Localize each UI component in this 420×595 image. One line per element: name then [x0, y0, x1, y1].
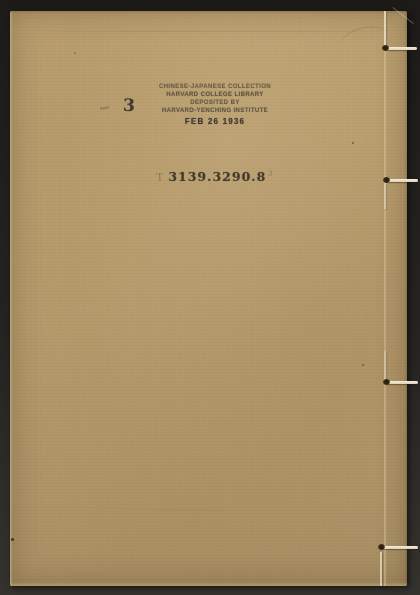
page-edge-left	[10, 11, 13, 586]
stamp-line-institute: HARVARD-YENCHING INSTITUTE	[152, 107, 278, 115]
pencil-dash-mark	[100, 106, 109, 109]
stitch-thread-4	[383, 546, 418, 549]
crease-corner-fold	[392, 7, 413, 24]
crease-line-top	[30, 31, 390, 32]
stamp-line-library: HARVARD COLLEGE LIBRARY	[152, 91, 278, 99]
paper-speck	[74, 52, 76, 54]
pencil-prefix-mark: T	[156, 170, 164, 185]
scanned-book-photo: 3 CHINESE-JAPANESE COLLECTION HARVARD CO…	[0, 0, 420, 595]
page-edge-bottom	[10, 582, 407, 586]
binding-thread-segment-mid-upper	[384, 183, 386, 209]
stitch-thread-3	[388, 381, 418, 384]
paper-speck	[11, 538, 14, 541]
stitch-thread-2	[388, 179, 418, 182]
stamp-line-deposited: DEPOSITED BY	[152, 99, 278, 107]
paper-speck	[362, 364, 364, 366]
binding-thread-line	[384, 11, 386, 586]
paper-speck	[352, 142, 354, 144]
crease-line-bottom	[60, 507, 280, 512]
library-accession-stamp: CHINESE-JAPANESE COLLECTION HARVARD COLL…	[152, 83, 278, 126]
binding-thread-segment-mid-lower	[384, 351, 386, 382]
call-number-row: T 3139.3290.8 3	[156, 169, 273, 185]
stitch-thread-1	[387, 47, 417, 50]
stitch-hole-4	[378, 544, 385, 550]
pencil-suffix-mark: 3	[267, 168, 273, 179]
date-stamp: FEB 26 1936	[152, 118, 278, 126]
stitch-hole-2	[383, 177, 390, 183]
stamp-line-collection: CHINESE-JAPANESE COLLECTION	[152, 83, 278, 91]
binding-thread-segment-top	[384, 11, 386, 48]
stitch-hole-3	[383, 379, 390, 385]
binding-thread-segment-bottom	[380, 552, 382, 586]
stitch-hole-1	[382, 45, 389, 51]
book-back-cover: 3 CHINESE-JAPANESE COLLECTION HARVARD CO…	[10, 11, 407, 586]
handwritten-page-number: 3	[123, 96, 136, 116]
call-number-stamp: 3139.3290.8	[168, 169, 266, 184]
